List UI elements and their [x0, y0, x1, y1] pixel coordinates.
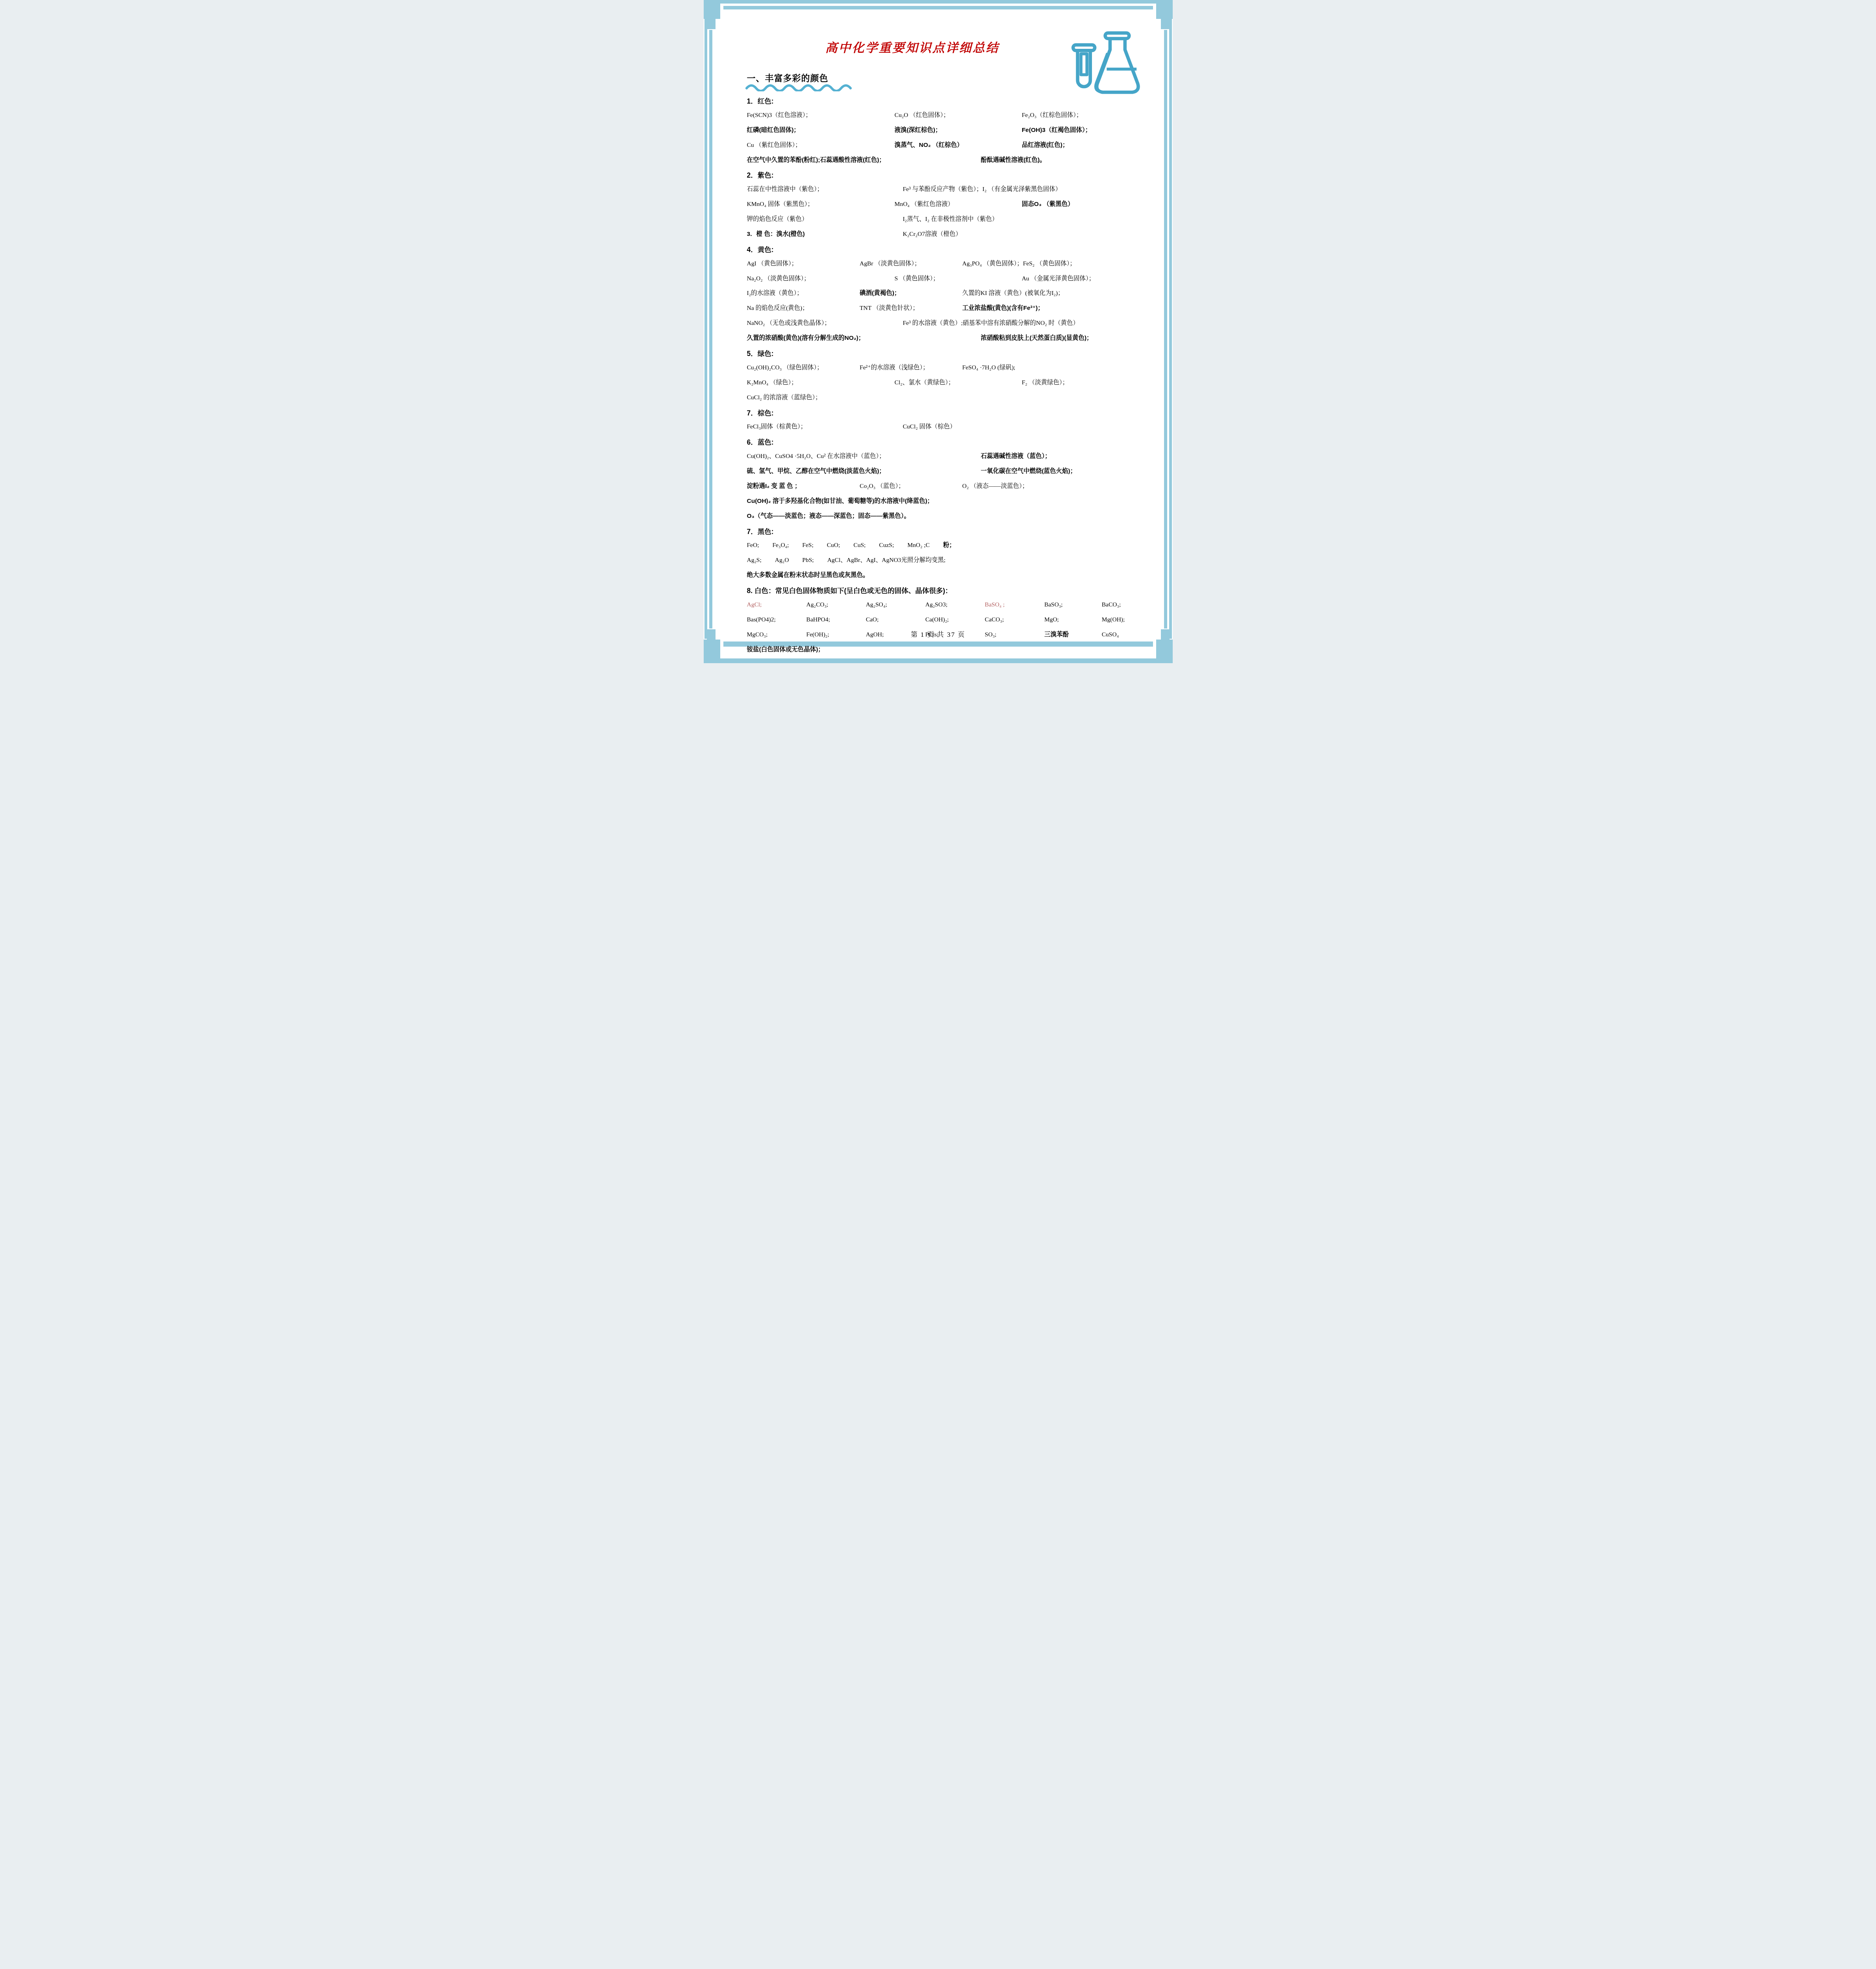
- text-segment: AgCl、AgBr、AgI、AgNO3光照分解均变黑;: [827, 556, 946, 565]
- wavy-underline-decoration: [745, 84, 855, 91]
- text-segment: 在空气中久置的苯酚(粉红);石蕊遇酸性溶液(红色)；: [747, 156, 981, 165]
- text-segment: O₂ （液态——淡蓝色）；: [962, 482, 1157, 491]
- text-segment: FeCl₃固体（棕黄色）；: [747, 423, 903, 431]
- text-segment: Cl₂、氯水（黄绿色）；: [895, 379, 1022, 387]
- content-row: KMnO₄ 固体（紫黑色）；MnO₄ （紫红色溶液）固态O₃ （紫黑色）: [747, 200, 1157, 209]
- test-tube-flask-icon: [1063, 31, 1142, 102]
- text-segment: Fe₃O₄;: [773, 541, 789, 550]
- text-segment: 工业浓盐酸(黄色)(含有Fe³⁺)；: [962, 304, 1157, 313]
- text-segment: 铵盐(白色固体或无色晶体)；: [747, 646, 1157, 654]
- frame-corner-top-right: [1156, 0, 1173, 19]
- text-segment: Fe₂O₃（红棕色固体）；: [1022, 111, 1157, 120]
- text-segment: 液溴(深红棕色)；: [895, 126, 1022, 135]
- text-segment: AgBr （淡黄色固体）；: [860, 260, 962, 268]
- color-section-heading: 2．紫色:: [747, 171, 1157, 180]
- text-segment: Bas(PO4)2;: [747, 616, 806, 624]
- content-row: FeO;Fe₃O₄;FeS;CuO;CuS;CuzS;MnO₂ ;C粉；: [747, 541, 1157, 550]
- text-segment: Cu₂O （红色固体）；: [895, 111, 1022, 120]
- text-segment: Ag₂CO₃;: [806, 601, 866, 609]
- text-segment: Ca(OH)₂;: [925, 616, 985, 624]
- text-segment: CuCl₂ 的浓溶液（蓝绿色）；: [747, 394, 1157, 402]
- text-segment: MnO₂ ;C: [907, 541, 930, 550]
- color-section-heading: 8. 白色：常见白色固体物质如下(呈白色或无色的固体、晶体很多)：: [747, 586, 1157, 595]
- text-segment: 品红溶液(红色)；: [1022, 141, 1157, 150]
- text-segment: Na₂O₂ （淡黄色固体）；: [747, 275, 895, 283]
- text-segment: BaCO₃;: [1102, 601, 1157, 609]
- frame-corner-bottom-right: [1156, 640, 1173, 658]
- text-segment: 浓硝酸粘到皮肤上(天然蛋白质)(显黄色)；: [981, 334, 1157, 343]
- text-segment: TNT （淡黄色针状）；: [860, 304, 962, 313]
- frame-corner-bottom-left: [704, 640, 720, 658]
- text-segment: FeO;: [747, 541, 759, 550]
- frame-left-inner-bar: [709, 30, 712, 629]
- text-segment: S （黄色固体）；: [895, 275, 1022, 283]
- frame-right-inner-bar: [1164, 30, 1167, 629]
- content-row: Cu₂(OH)₂CO₃ （绿色固体）；Fe²⁺的水溶液（浅绿色）；FeSO₄ ·…: [747, 364, 1157, 372]
- text-segment: Fe²⁺的水溶液（浅绿色）；: [860, 364, 962, 372]
- content-row: Ag₂S;Ag₂OPbS;AgCl、AgBr、AgI、AgNO3光照分解均变黑;: [747, 556, 1157, 565]
- text-segment: K₂Cr₂O7溶液（橙色）: [903, 230, 1157, 239]
- text-segment: CuCl₂ 固体（棕色）: [903, 423, 1157, 431]
- content-row: CuCl₂ 的浓溶液（蓝绿色）；: [747, 394, 1157, 402]
- content-row: Cu(OH)₂ 溶于多羟基化合物(如甘油、葡萄糖等)的水溶液中(绛蓝色)；: [747, 497, 1157, 506]
- text-segment: 久置的浓硝酸(黄色)(溶有分解生成的NO₂)；: [747, 334, 981, 343]
- text-segment: Mg(OH);: [1102, 616, 1157, 624]
- text-segment: 固态O₃ （紫黑色）: [1022, 200, 1157, 209]
- text-segment: 久置的KI 溶液（黄色）(被氧化为I₂)；: [962, 289, 1157, 298]
- content-row: AgI （黄色固体）；AgBr （淡黄色固体）；Ag₃PO₄ （黄色固体）；Fe…: [747, 260, 1157, 268]
- frame-right-outer-bar: [1169, 18, 1172, 639]
- text-segment: Ag₂SO₄;: [866, 601, 925, 609]
- text-segment: Ag₂SO3;: [925, 601, 985, 609]
- content-row: 3．橙 色：溴水(橙色)K₂Cr₂O7溶液（橙色）: [747, 230, 1157, 239]
- text-segment: Au （金属光泽黄色固体）；: [1022, 275, 1157, 283]
- text-segment: Ag₃PO₄ （黄色固体）；FeS₂ （黄色固体）；: [962, 260, 1157, 268]
- text-segment: MnO₄ （紫红色溶液）: [895, 200, 1022, 209]
- frame-left-outer-bar: [704, 18, 707, 639]
- text-segment: FeSO₄ ·7H₂O (绿矾);: [962, 364, 1157, 372]
- text-segment: Ag₂S;: [747, 556, 762, 565]
- content-row: 铵盐(白色固体或无色晶体)；: [747, 646, 1157, 654]
- content-row: I₂的水溶液（黄色）；碘酒(黄褐色)；久置的KI 溶液（黄色）(被氧化为I₂)；: [747, 289, 1157, 298]
- content-row: Cu （紫红色固体）；溴蒸气、NO₂ （红棕色）品红溶液(红色)；: [747, 141, 1157, 150]
- content-row: NaNO₂ （无色或浅黄色晶体）；Fe³ 的水溶液（黄色）;硝基苯中溶有浓硝酸分…: [747, 319, 1157, 328]
- text-segment: AgCl;: [747, 601, 806, 609]
- content-row: Na₂O₂ （淡黄色固体）；S （黄色固体）；Au （金属光泽黄色固体）；: [747, 275, 1157, 283]
- text-segment: Fe(SCN)3（红色溶液）；: [747, 111, 895, 120]
- content-row: Bas(PO4)2;BaHPO4;CaO;Ca(OH)₂;CaCO₃;MgO;M…: [747, 616, 1157, 624]
- text-segment: CuO;: [827, 541, 840, 550]
- text-segment: 红磷(暗红色固体)；: [747, 126, 895, 135]
- color-section-heading: 7．棕色:: [747, 409, 1157, 418]
- text-segment: 碘酒(黄褐色)；: [860, 289, 962, 298]
- page-title: 高中化学重要知识点详细总结: [759, 38, 1066, 56]
- text-segment: MgO;: [1044, 616, 1102, 624]
- color-section-heading: 5．绿色:: [747, 349, 1157, 358]
- content-row: 久置的浓硝酸(黄色)(溶有分解生成的NO₂)；浓硝酸粘到皮肤上(天然蛋白质)(显…: [747, 334, 1157, 343]
- text-segment: Cu(OH)₂、CuSO4 ·5H₂O、Cu² 在水溶液中（蓝色）；: [747, 452, 981, 461]
- text-segment: CuzS;: [879, 541, 894, 550]
- text-segment: 石蕊在中性溶液中（紫色）；: [747, 185, 903, 194]
- text-segment: NaNO₂ （无色或浅黄色晶体）；: [747, 319, 903, 328]
- text-segment: CaO;: [866, 616, 925, 624]
- color-section-heading: 1．红色:: [747, 97, 1157, 106]
- text-segment: F₂ （淡黄绿色）；: [1022, 379, 1157, 387]
- frame-top-inner-bar: [723, 6, 1153, 9]
- text-segment: BaSO₄ ;: [985, 601, 1044, 609]
- text-segment: CuS;: [853, 541, 866, 550]
- text-segment: 粉；: [943, 541, 955, 550]
- text-segment: K₂MnO₄ （绿色）；: [747, 379, 895, 387]
- content-row: O₃（气态——淡蓝色；液态——深蓝色；固态——紫黑色）。: [747, 512, 1157, 521]
- text-segment: 石蕊遇碱性溶液（蓝色）；: [981, 452, 1157, 461]
- text-segment: Co₂O₃ （蓝色）；: [860, 482, 962, 491]
- text-segment: I₂蒸气、I₂ 在非极性溶剂中（紫色）: [903, 215, 1157, 224]
- text-segment: 3．橙 色：溴水(橙色): [747, 230, 903, 239]
- content-row: 在空气中久置的苯酚(粉红);石蕊遇酸性溶液(红色)；酚酞遇碱性溶液(红色)。: [747, 156, 1157, 165]
- content-row: 硫、氢气、甲烷、乙醇在空气中燃烧(淡蓝色火焰)；一氧化碳在空气中燃烧(蓝色火焰)…: [747, 467, 1157, 476]
- text-segment: Fe³ 与苯酚反应产物（紫色）；I₂ （有金属光泽紫黑色固体）: [903, 185, 1157, 194]
- content-row: Fe(SCN)3（红色溶液）；Cu₂O （红色固体）；Fe₂O₃（红棕色固体）；: [747, 111, 1157, 120]
- content-row: K₂MnO₄ （绿色）；Cl₂、氯水（黄绿色）；F₂ （淡黄绿色）；: [747, 379, 1157, 387]
- text-segment: Fe(OH)3（红褐色固体）；: [1022, 126, 1157, 135]
- text-segment: 一氧化碳在空气中燃烧(蓝色火焰)；: [981, 467, 1157, 476]
- text-segment: 硫、氢气、甲烷、乙醇在空气中燃烧(淡蓝色火焰)；: [747, 467, 981, 476]
- frame-top-outer-bar: [704, 0, 1173, 4]
- frame-corner-top-left: [704, 0, 720, 19]
- text-segment: Na 的焰色反应(黄色)；: [747, 304, 860, 313]
- text-segment: BaHPO4;: [806, 616, 866, 624]
- text-segment: Ag₂O: [775, 556, 789, 565]
- color-section-heading: 7．黑色:: [747, 527, 1157, 536]
- text-segment: AgI （黄色固体）；: [747, 260, 860, 268]
- text-segment: BaSO₃;: [1044, 601, 1102, 609]
- text-segment: Cu （紫红色固体）；: [747, 141, 895, 150]
- color-section-heading: 4．黄色:: [747, 245, 1157, 254]
- text-segment: PbS;: [802, 556, 814, 565]
- content-row: AgCl;Ag₂CO₃;Ag₂SO₄;Ag₂SO3;BaSO₄ ;BaSO₃;B…: [747, 601, 1157, 609]
- content-row: 绝大多数金属在粉末状态时呈黑色或灰黑色。: [747, 571, 1157, 580]
- content-row: 淀粉遇I₂ 变 蓝 色 ；Co₂O₃ （蓝色）；O₂ （液态——淡蓝色）；: [747, 482, 1157, 491]
- document-page: 高中化学重要知识点详细总结 一、丰富多彩的颜色 1．红色:Fe(SCN)3（红色…: [704, 0, 1173, 663]
- text-segment: Cu(OH)₂ 溶于多羟基化合物(如甘油、葡萄糖等)的水溶液中(绛蓝色)；: [747, 497, 1157, 506]
- color-section-heading: 6．蓝色:: [747, 438, 1157, 447]
- page-number: 第 1 页 共 37 页: [704, 629, 1173, 639]
- text-segment: Cu₂(OH)₂CO₃ （绿色固体）；: [747, 364, 860, 372]
- text-segment: 酚酞遇碱性溶液(红色)。: [981, 156, 1157, 165]
- text-segment: Fe³ 的水溶液（黄色）;硝基苯中溶有浓硝酸分解的NO₂ 时（黄色）: [903, 319, 1157, 328]
- content-row: 钾的焰色反应（紫色）I₂蒸气、I₂ 在非极性溶剂中（紫色）: [747, 215, 1157, 224]
- content-area: 1．红色:Fe(SCN)3（红色溶液）；Cu₂O （红色固体）；Fe₂O₃（红棕…: [747, 96, 1157, 661]
- content-row: 红磷(暗红色固体)；液溴(深红棕色)；Fe(OH)3（红褐色固体）；: [747, 126, 1157, 135]
- content-row: 石蕊在中性溶液中（紫色）；Fe³ 与苯酚反应产物（紫色）；I₂ （有金属光泽紫黑…: [747, 185, 1157, 194]
- text-segment: 淀粉遇I₂ 变 蓝 色 ；: [747, 482, 860, 491]
- content-row: FeCl₃固体（棕黄色）；CuCl₂ 固体（棕色）: [747, 423, 1157, 431]
- text-segment: 绝大多数金属在粉末状态时呈黑色或灰黑色。: [747, 571, 1157, 580]
- section-title: 一、丰富多彩的颜色: [747, 72, 829, 84]
- content-row: Cu(OH)₂、CuSO4 ·5H₂O、Cu² 在水溶液中（蓝色）；石蕊遇碱性溶…: [747, 452, 1157, 461]
- text-segment: CaCO₃;: [985, 616, 1044, 624]
- text-segment: 溴蒸气、NO₂ （红棕色）: [895, 141, 1022, 150]
- text-segment: 钾的焰色反应（紫色）: [747, 215, 903, 224]
- text-segment: KMnO₄ 固体（紫黑色）；: [747, 200, 895, 209]
- text-segment: I₂的水溶液（黄色）；: [747, 289, 860, 298]
- text-segment: O₃（气态——淡蓝色；液态——深蓝色；固态——紫黑色）。: [747, 512, 1157, 521]
- text-segment: FeS;: [802, 541, 813, 550]
- content-row: Na 的焰色反应(黄色)；TNT （淡黄色针状）；工业浓盐酸(黄色)(含有Fe³…: [747, 304, 1157, 313]
